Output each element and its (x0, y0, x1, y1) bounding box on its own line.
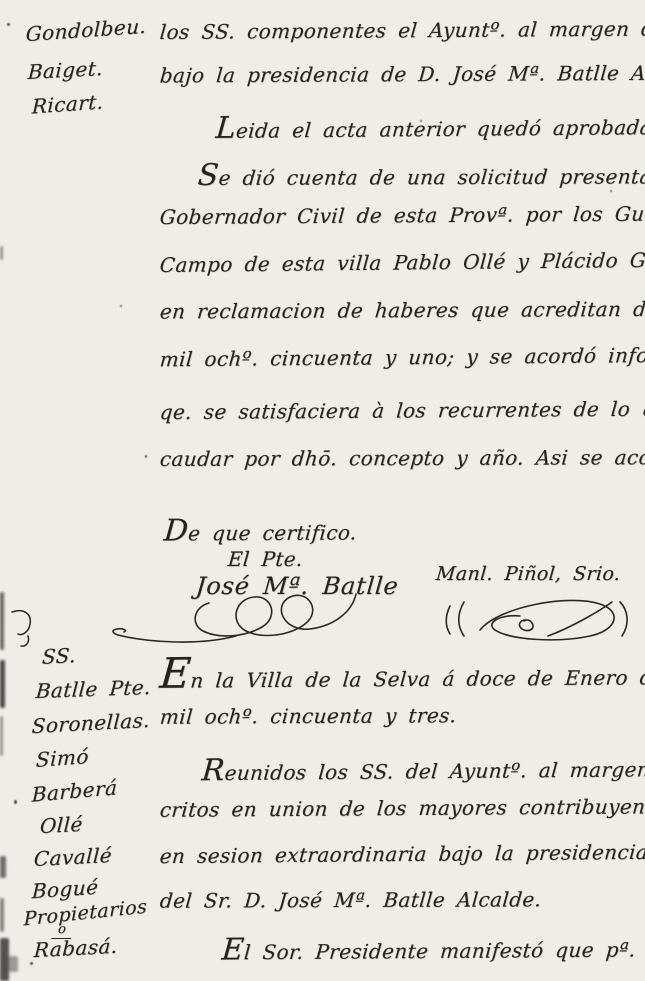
signature-flourish (108, 586, 363, 654)
margin-name: Ricart. (31, 90, 104, 120)
margin-name: Ollé (39, 812, 83, 839)
margin-name: Baiget. (27, 56, 103, 85)
manuscript-line: Reunidos los SS. del Ayuntº. al margen d… (200, 748, 645, 790)
manuscript-line: en reclamacion de haberes que acreditan … (159, 297, 645, 325)
president-signature-title: El Pte. (227, 547, 304, 572)
signature-flourish (440, 592, 635, 650)
manuscript-line: critos en union de los mayores contribuy… (159, 794, 645, 823)
scan-edge-artifact (0, 660, 5, 708)
secretary-signature: Manl. Piñol, Srio. (435, 563, 621, 587)
margin-name: Batlle Pte. (35, 675, 152, 704)
manuscript-line: Gobernador Civil de esta Provª. por los … (159, 201, 645, 230)
manuscript-line: del Sr. D. José Mª. Batlle Alcalde. (159, 887, 543, 913)
manuscript-page: Gondolbeu. Baiget. Ricart. los SS. compo… (0, 0, 645, 981)
manuscript-line: Leida el acta anterior quedó aprobada. (214, 106, 645, 147)
manuscript-line: caudar por dhō. concepto y año. Asi se a… (159, 445, 645, 472)
ink-speck (120, 305, 122, 307)
scan-edge-artifact (0, 246, 3, 260)
manuscript-line: bajo la presidencia de D. José Mª. Batll… (159, 61, 645, 89)
manuscript-line: los SS. componentes el Ayuntº. al margen… (159, 16, 645, 45)
margin-name: SS. (41, 643, 76, 670)
scan-edge-artifact (8, 956, 18, 972)
margin-name: Cavallé (33, 843, 113, 872)
manuscript-line: mil ochº. cincuenta y tres. (159, 703, 458, 730)
manuscript-line: mil ochº. cincuenta y uno; y se acordó i… (159, 343, 645, 373)
manuscript-line: qe. se satisfaciera à los recurrentes de… (159, 396, 645, 425)
ink-speck (610, 190, 612, 192)
scan-edge-artifact (0, 716, 3, 756)
margin-name: Barberá (32, 775, 118, 807)
manuscript-line: en sesion extraordinaria bajo la preside… (159, 840, 645, 869)
ink-speck (420, 120, 422, 122)
scan-edge-artifact (0, 856, 6, 878)
manuscript-line: Se dió cuenta de una solicitud presentad… (196, 155, 645, 194)
manuscript-line: Campo de esta villa Pablo Ollé y Plácido… (159, 247, 645, 278)
pen-mark (8, 606, 38, 650)
manuscript-line: El Sor. Presidente manifestó que pª. (220, 929, 637, 969)
margin-name: Gondolbeu. (25, 14, 146, 47)
scan-edge-artifact (0, 898, 4, 932)
ink-speck (145, 455, 147, 458)
margin-name: Rabasá. (33, 934, 118, 963)
margin-name: Bogué (31, 875, 98, 905)
ink-speck (30, 962, 33, 965)
ink-speck (14, 800, 17, 804)
manuscript-line: De que certifico. (162, 511, 358, 550)
scan-edge-artifact (0, 592, 4, 650)
margin-name: Simó (35, 744, 89, 773)
margin-name: Soronellas. (31, 708, 151, 739)
ink-speck (7, 23, 10, 26)
paper-texture (0, 0, 645, 981)
manuscript-line: En la Villa de la Selva á doce de Enero … (158, 653, 645, 694)
